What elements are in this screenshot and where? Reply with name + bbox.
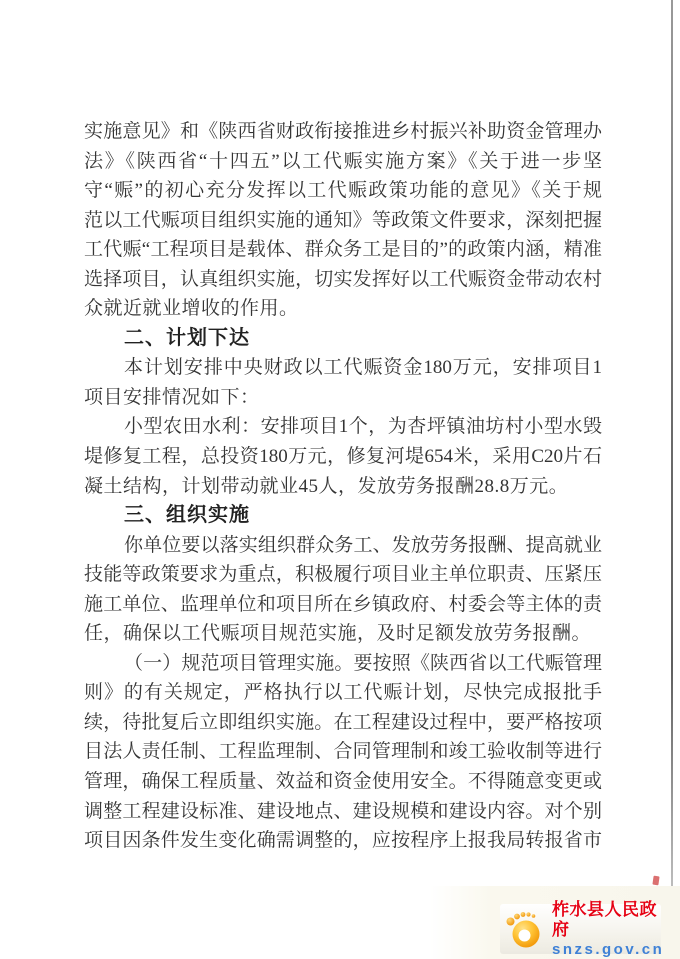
document-line: 项目安排情况如下：	[84, 383, 602, 413]
document-line: 工代赈“工程项目是载体、群众务工是目的”的政策内涵，精准	[84, 235, 602, 265]
document-line: 项目因条件发生变化确需调整的，应按程序上报我局转报省市	[84, 826, 602, 856]
document-line: 任，确保以工代赈项目规范实施，及时足额发放劳务报酬。	[84, 619, 602, 649]
document-line: 众就近就业增收的作用。	[84, 294, 602, 324]
document-line: 目法人责任制、工程监理制、合同管理制和竣工验收制等进行	[84, 737, 602, 767]
section-heading: 二、计划下达	[84, 324, 602, 354]
gov-logo: 柞水县人民政府 snzs.gov.cn	[500, 904, 661, 954]
document-line: 施工单位、监理单位和项目所在乡镇政府、村委会等主体的责	[84, 590, 602, 620]
document-line: （一）规范项目管理实施。要按照《陕西省以工代赈管理细	[84, 649, 602, 679]
document-line: 续，待批复后立即组织实施。在工程建设过程中，要严格按项	[84, 708, 602, 738]
document-line: 则》的有关规定，严格执行以工代赈计划，尽快完成报批手	[84, 678, 602, 708]
scan-speck	[652, 876, 659, 886]
document-line: 你单位要以落实组织群众务工、发放劳务报酬、提高就业	[84, 531, 602, 561]
document-line: 技能等政策要求为重点，积极履行项目业主单位职责、压紧压实	[84, 560, 602, 590]
section-heading: 三、组织实施	[84, 501, 602, 531]
document-body: 实施意见》和《陕西省财政衔接推进乡村振兴补助资金管理办法》《陕西省“十四五”以工…	[84, 117, 602, 856]
document-line: 凝土结构，计划带动就业45人，发放劳务报酬28.8万元。	[84, 472, 602, 502]
document-line: 本计划安排中央财政以工代赈资金180万元，安排项目1个，	[84, 353, 602, 383]
gov-logo-org-name: 柞水县人民政府	[552, 900, 664, 940]
footprint-icon	[503, 908, 545, 950]
document-line: 实施意见》和《陕西省财政衔接推进乡村振兴补助资金管理办	[84, 117, 602, 147]
document-line: 管理，确保工程质量、效益和资金使用安全。不得随意变更或	[84, 767, 602, 797]
document-line: 调整工程建设标准、建设地点、建设规模和建设内容。对个别	[84, 797, 602, 827]
gov-logo-website: snzs.gov.cn	[552, 940, 664, 959]
document-line: 守“赈”的初心充分发挥以工代赈政策功能的意见》《关于规	[84, 176, 602, 206]
scan-edge-line	[671, 0, 673, 888]
gov-logo-text: 柞水县人民政府 snzs.gov.cn	[545, 900, 664, 959]
document-line: 法》《陕西省“十四五”以工代赈实施方案》《关于进一步坚	[84, 147, 602, 177]
document-line: 堤修复工程，总投资180万元，修复河堤654米，采用C20片石混	[84, 442, 602, 472]
document-line: 范以工代赈项目组织实施的通知》等政策文件要求，深刻把握以	[84, 206, 602, 236]
document-line: 小型农田水利：安排项目1个，为杏坪镇油坊村小型水毁河	[84, 412, 602, 442]
document-line: 选择项目，认真组织实施，切实发挥好以工代赈资金带动农村群	[84, 265, 602, 295]
document-page: 实施意见》和《陕西省财政衔接推进乡村振兴补助资金管理办法》《陕西省“十四五”以工…	[0, 0, 680, 959]
